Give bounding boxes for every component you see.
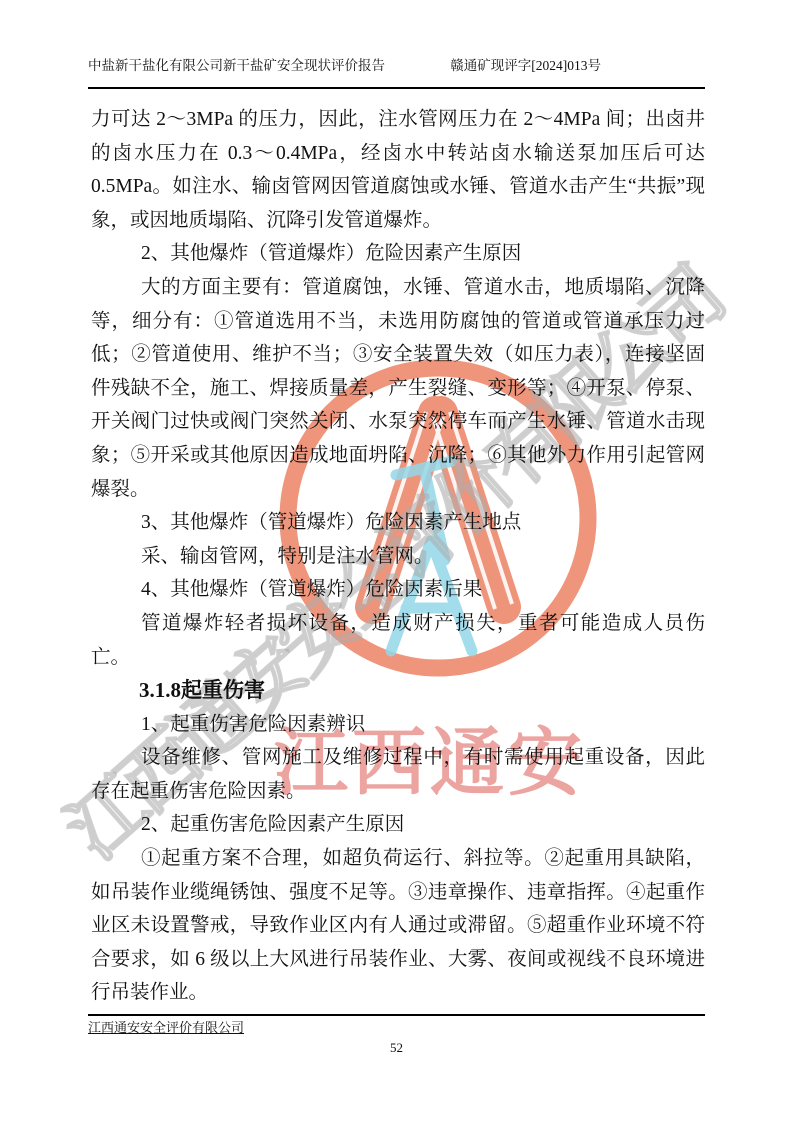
- paragraph: 管道爆炸轻者损坏设备，造成财产损失，重者可能造成人员伤亡。: [91, 607, 705, 674]
- paragraph: 3、其他爆炸（管道爆炸）危险因素产生地点: [91, 506, 705, 540]
- page-header: 中盐新干盐化有限公司新干盐矿安全现状评价报告 赣通矿现评字[2024]013号: [88, 54, 705, 89]
- paragraph: 2、其他爆炸（管道爆炸）危险因素产生原因: [91, 237, 705, 271]
- paragraph: 1、起重伤害危险因素辨识: [91, 708, 705, 742]
- paragraph: 大的方面主要有：管道腐蚀，水锤、管道水击，地质塌陷、沉降等，细分有：①管道选用不…: [91, 271, 705, 506]
- section-heading: 3.1.8起重伤害: [91, 674, 705, 708]
- paragraph: 2、起重伤害危险因素产生原因: [91, 808, 705, 842]
- content-layer: 中盐新干盐化有限公司新干盐矿安全现状评价报告 赣通矿现评字[2024]013号 …: [0, 0, 793, 1122]
- page-footer: 江西通安安全评价有限公司: [88, 1014, 705, 1036]
- document-page: 江西通安安全评价有限公司 江西通安 中盐新干盐化有限公司新干盐矿安全现状评价报告…: [0, 0, 793, 1122]
- page-number: 52: [0, 1040, 793, 1056]
- paragraph: 采、输卤管网，特别是注水管网。: [91, 540, 705, 574]
- header-doc-number: 赣通矿现评字[2024]013号: [450, 54, 705, 87]
- paragraph: ①起重方案不合理，如超负荷运行、斜拉等。②起重用具缺陷，如吊装作业缆绳锈蚀、强度…: [91, 842, 705, 1010]
- paragraph: 4、其他爆炸（管道爆炸）危险因素后果: [91, 573, 705, 607]
- footer-company-name: 江西通安安全评价有限公司: [88, 1016, 244, 1036]
- document-body: 力可达 2～3MPa 的压力，因此，注水管网压力在 2～4MPa 间；出卤井的卤…: [91, 103, 705, 1010]
- paragraph: 力可达 2～3MPa 的压力，因此，注水管网压力在 2～4MPa 间；出卤井的卤…: [91, 103, 705, 237]
- header-report-title: 中盐新干盐化有限公司新干盐矿安全现状评价报告: [88, 54, 385, 87]
- paragraph: 设备维修、管网施工及维修过程中，有时需使用起重设备，因此存在起重伤害危险因素。: [91, 741, 705, 808]
